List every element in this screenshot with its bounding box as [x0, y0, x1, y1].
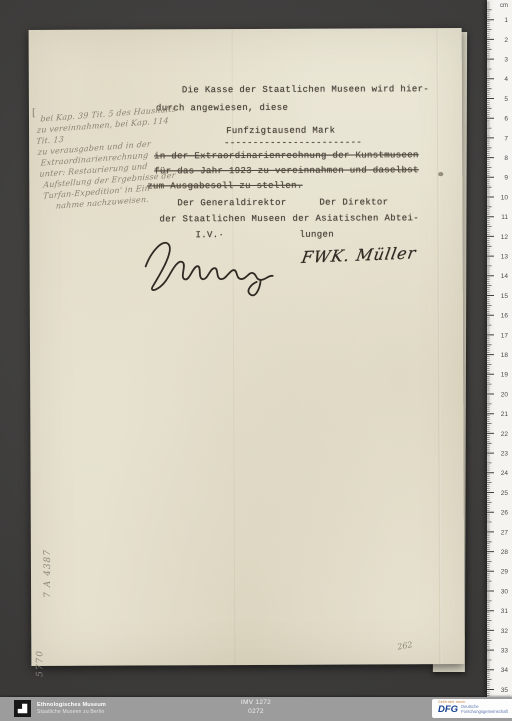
fold-crease: [437, 28, 442, 664]
svg-text:3: 3: [504, 57, 508, 64]
closing-right-line: Der Direktor: [319, 197, 388, 207]
closing-right-line: der Asiatischen Abtei-: [292, 213, 419, 224]
typed-line-amount: Funfzigtausend Mark: [226, 126, 335, 136]
svg-text:cm: cm: [500, 3, 508, 9]
measurement-ruler: cm12345678910111213141516171819202122232…: [487, 0, 512, 697]
svg-text:11: 11: [501, 214, 508, 221]
svg-text:12: 12: [501, 234, 509, 241]
svg-text:22: 22: [501, 431, 509, 438]
svg-text:17: 17: [501, 332, 509, 339]
svg-text:29: 29: [501, 569, 509, 576]
svg-text:5: 5: [504, 96, 508, 103]
svg-text:8: 8: [504, 155, 508, 162]
typed-dashes: ------------------------: [224, 137, 362, 148]
svg-text:10: 10: [501, 194, 509, 201]
svg-text:33: 33: [501, 648, 509, 655]
svg-text:19: 19: [501, 372, 509, 379]
svg-text:14: 14: [501, 273, 509, 280]
svg-text:21: 21: [501, 411, 509, 418]
typed-line-struck: für das Jahr 1923 zu vereinnahmen und da…: [154, 165, 419, 176]
svg-text:4: 4: [504, 76, 508, 83]
dfg-name-line: Forschungsgemeinschaft: [461, 710, 508, 715]
svg-text:9: 9: [504, 175, 508, 182]
scanned-document-page: Die Kasse der Staatlichen Museen wird hi…: [29, 28, 465, 666]
svg-text:6: 6: [504, 116, 508, 123]
typed-line: Die Kasse der Staatlichen Museen wird hi…: [182, 84, 429, 95]
signature-direktor: FWK. Müller: [300, 243, 418, 267]
svg-text:2: 2: [504, 37, 508, 44]
svg-text:23: 23: [501, 451, 509, 458]
pencil-number: 5770: [35, 650, 45, 677]
svg-text:24: 24: [501, 470, 509, 477]
handwritten-marginalia: bei Kap. 39 Tit. 5 des Haushalts zu vere…: [35, 103, 184, 212]
svg-text:13: 13: [501, 254, 509, 261]
fold-crease: [232, 29, 236, 665]
svg-text:34: 34: [501, 667, 509, 674]
svg-text:15: 15: [501, 293, 509, 300]
svg-text:7: 7: [504, 135, 508, 142]
ruler-svg: cm12345678910111213141516171819202122232…: [487, 0, 512, 697]
svg-text:16: 16: [501, 313, 509, 320]
closing-left-line: der Staatlichen Museen: [159, 214, 286, 225]
svg-text:32: 32: [501, 628, 509, 635]
pencil-inventory-number: 7 A 4387: [43, 549, 53, 598]
svg-text:25: 25: [501, 490, 509, 497]
footer-bar: Ethnologisches Museum Staatliche Museen …: [0, 697, 512, 721]
svg-text:28: 28: [501, 549, 509, 556]
pencil-page-number: 262: [397, 640, 414, 652]
signature-generaldirektor: [141, 232, 291, 310]
svg-text:26: 26: [501, 510, 509, 517]
dfg-abbr: DFG: [438, 705, 458, 714]
svg-text:31: 31: [501, 608, 509, 615]
svg-text:20: 20: [501, 391, 509, 398]
svg-text:30: 30: [501, 588, 509, 595]
scan-viewer: Die Kasse der Staatlichen Museen wird hi…: [0, 0, 512, 721]
svg-text:18: 18: [501, 352, 509, 359]
svg-text:1: 1: [504, 17, 508, 24]
typed-line-struck: in der Extraordinarienrechnung der Kunst…: [154, 150, 419, 161]
dfg-funding-logo: Gefördert durch DFG Deutsche Forschungsg…: [432, 699, 512, 718]
dfg-name: Deutsche Forschungsgemeinschaft: [461, 705, 508, 714]
closing-left-line: Der Generaldirektor: [177, 198, 286, 208]
svg-text:35: 35: [501, 687, 509, 694]
closing-right-line: lungen: [299, 230, 334, 240]
svg-text:27: 27: [501, 529, 509, 536]
paper-hole: [438, 172, 443, 176]
